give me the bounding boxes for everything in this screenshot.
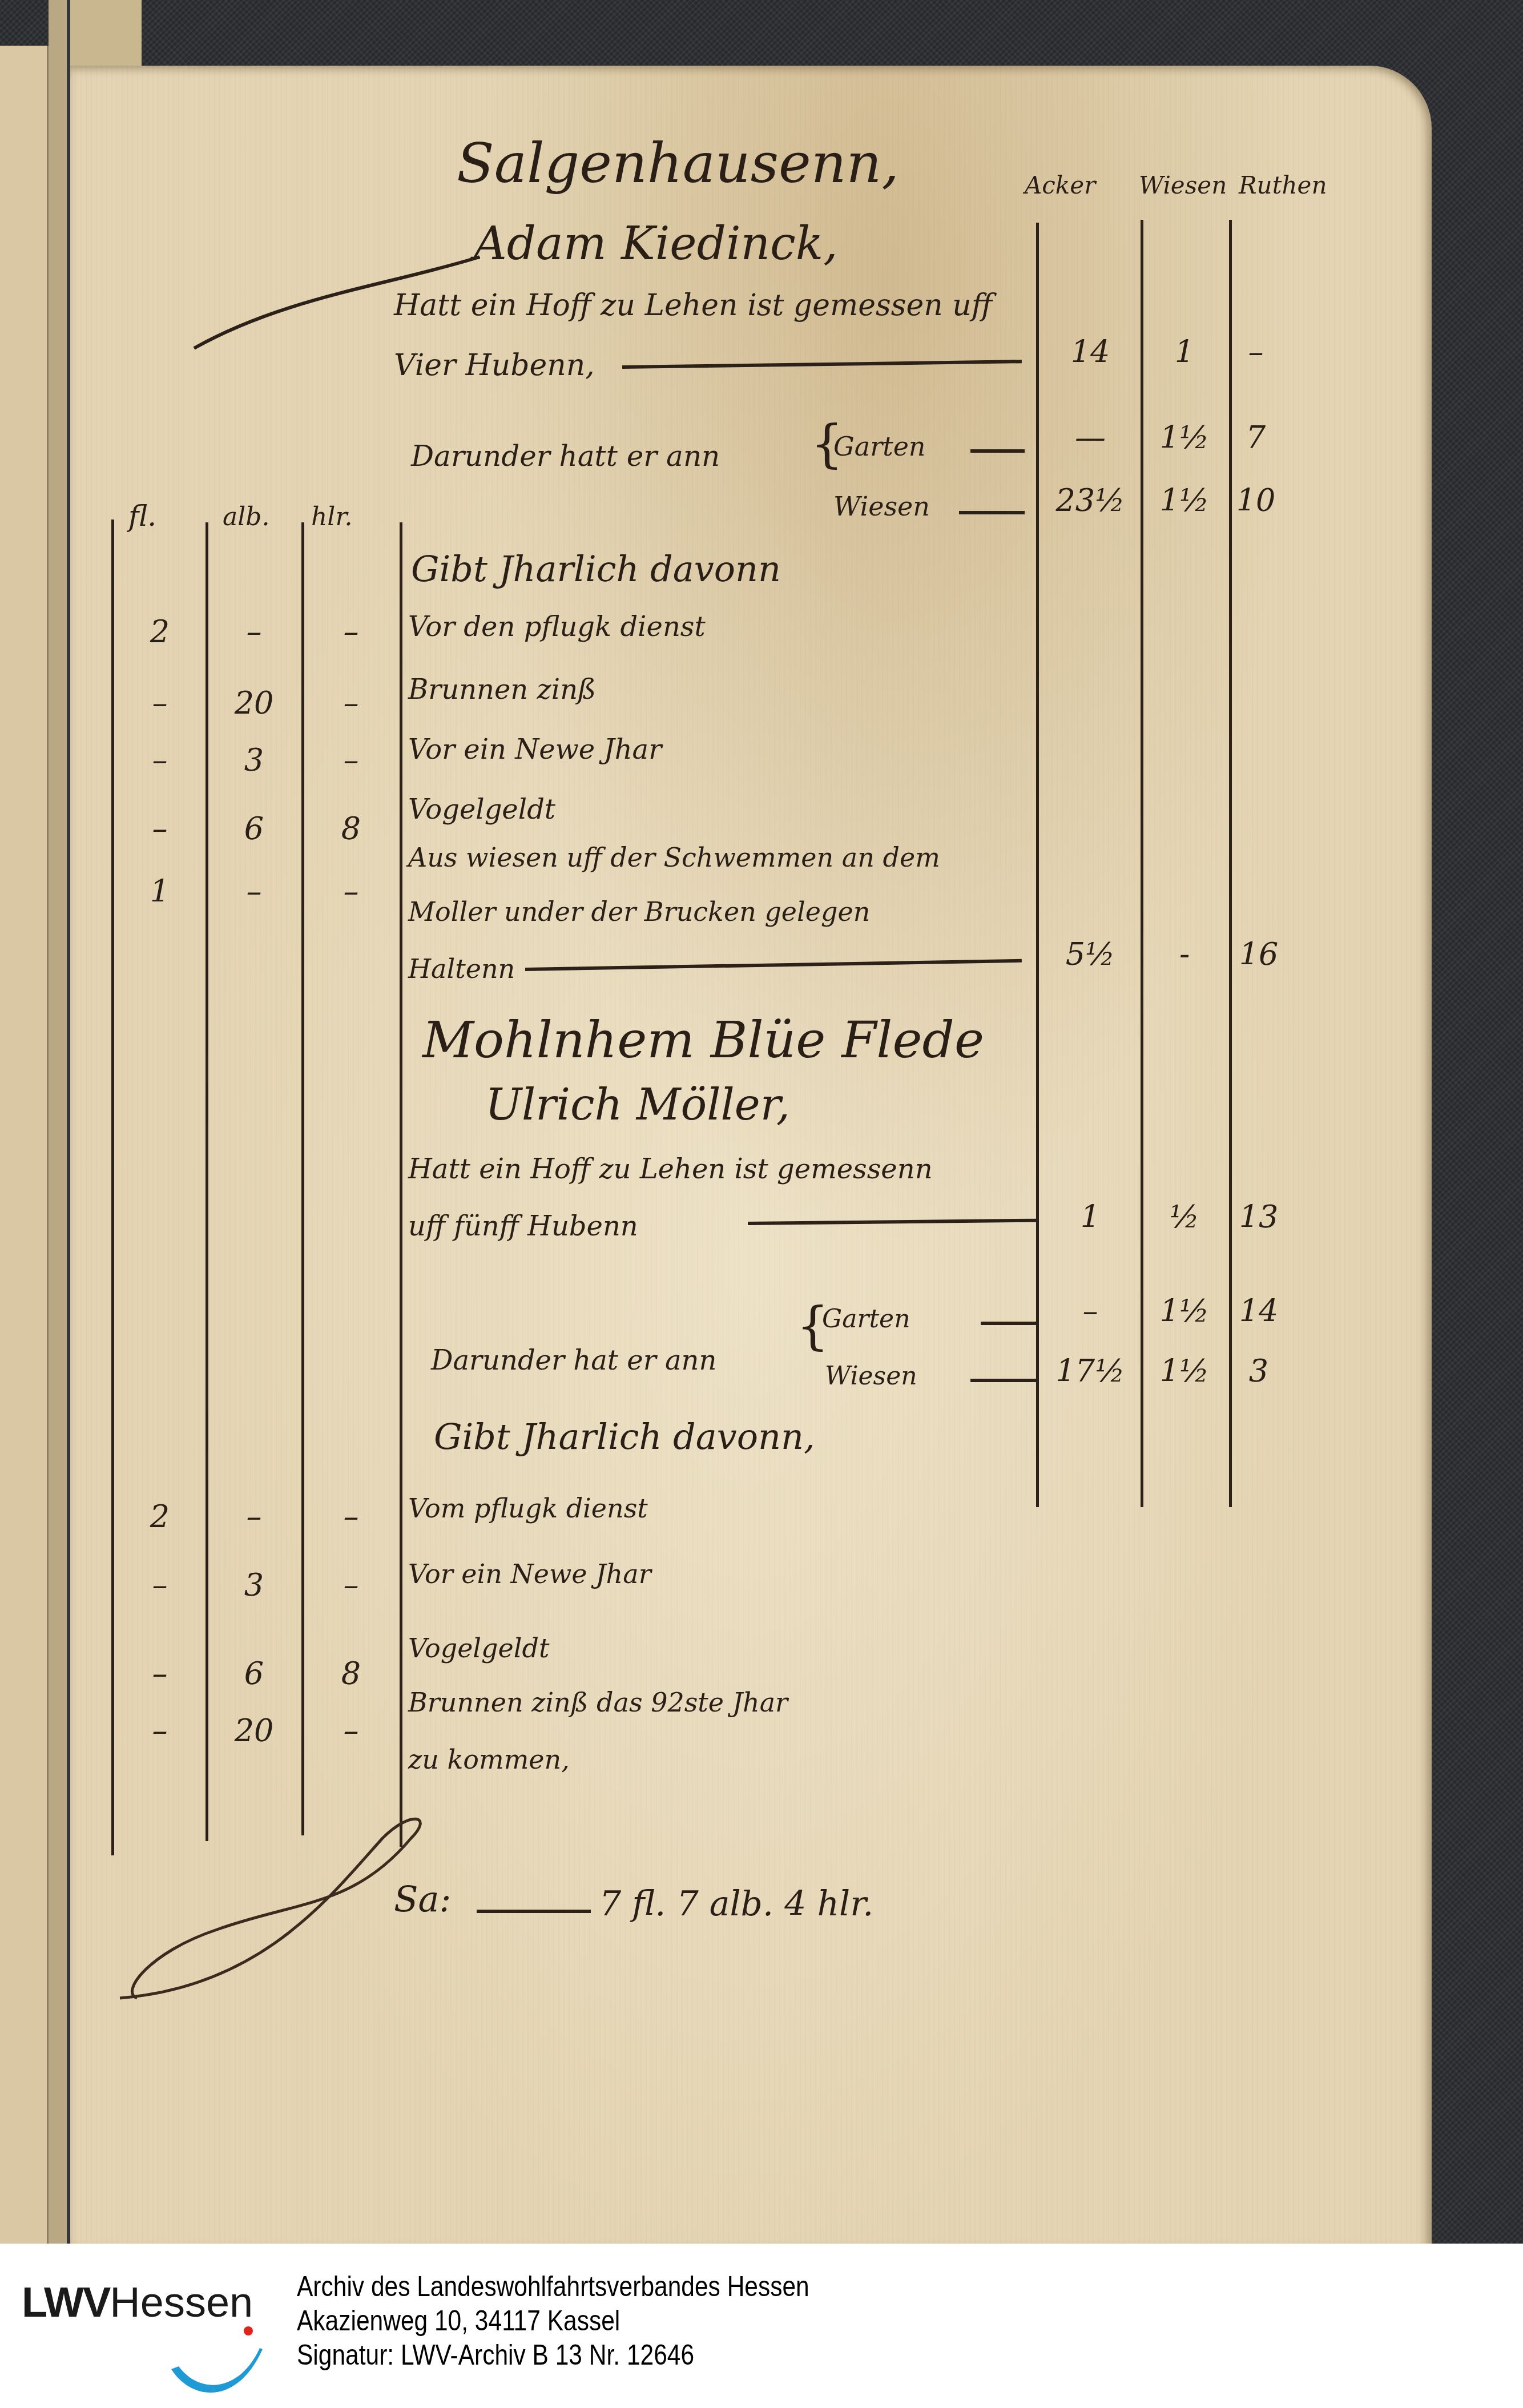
- entry2-wiesen-label: Wiesen: [825, 1362, 917, 1391]
- payment-hlr: –: [311, 1567, 391, 1603]
- payment-alb: 6: [217, 811, 291, 847]
- payment-alb: 6: [217, 1656, 291, 1692]
- column-header-hlr: hlr.: [311, 502, 353, 531]
- total-amount: 7 fl. 7 alb. 4 hlr.: [599, 1884, 873, 1924]
- payment-fl: 1: [123, 873, 197, 909]
- total-leader: [477, 1910, 591, 1913]
- payment-hlr: –: [311, 1713, 391, 1749]
- payment-fl: 2: [123, 614, 197, 650]
- lwv-hessen-logo: LWVHessen: [22, 2278, 253, 2326]
- entry2-garten-acker: –: [1047, 1293, 1133, 1329]
- entry1-halten-acker: 5½: [1047, 936, 1133, 972]
- column-header-fl: fl.: [128, 500, 156, 533]
- payment-text: Vor den pflugk dienst: [408, 611, 706, 643]
- payment-hlr: –: [311, 614, 391, 650]
- payment-text: Brunnen zinß das 92ste Jhar: [408, 1687, 788, 1718]
- place-heading: Salgenhausenn,: [457, 131, 899, 195]
- entry1-mill-line: Moller under der Brucken gelegen: [408, 896, 870, 927]
- payment-hlr: 8: [311, 811, 391, 847]
- column-rule-acker: [1036, 223, 1039, 1507]
- payment-hlr: –: [311, 742, 391, 778]
- payment-fl: –: [123, 742, 197, 778]
- entry2-wiesen-leader: [970, 1379, 1039, 1382]
- entry2-payment-tail: zu kommen,: [408, 1744, 570, 1775]
- entry1-wiesen-leader: [959, 511, 1025, 514]
- payment-alb: –: [217, 873, 291, 909]
- entry1-gibt-label: Gibt Jharlich davonn: [411, 548, 781, 590]
- entry1-wiesen-ruthen: 10: [1236, 482, 1276, 518]
- column-rule-fl: [111, 520, 114, 1855]
- entry1-wiesen-label: Wiesen: [833, 491, 930, 522]
- facing-page-edge: [0, 46, 49, 2249]
- payment-alb: 20: [217, 1713, 291, 1749]
- payment-hlr: –: [311, 685, 391, 721]
- entry1-halten-line: Haltenn: [408, 953, 515, 984]
- entry2-garten-wiesen: 1½: [1147, 1293, 1222, 1329]
- logo-lwv-text: LWV: [22, 2278, 110, 2326]
- payment-hlr: 8: [311, 1656, 391, 1692]
- total-flourish: [114, 1815, 434, 2004]
- entry1-wiesen: 1: [1147, 334, 1222, 370]
- entry1-garten-acker: —: [1047, 420, 1133, 456]
- entry1-garten-label: Garten: [833, 431, 926, 462]
- payment-text: Aus wiesen uff der Schwemmen an dem: [408, 842, 940, 873]
- payment-text: Vor ein Newe Jhar: [408, 734, 662, 766]
- entry2-ruthen: 13: [1236, 1199, 1282, 1235]
- payment-text: Vor ein Newe Jhar: [408, 1559, 651, 1589]
- payment-fl: –: [123, 1656, 197, 1692]
- entry2-darunter: Darunder hat er ann: [431, 1344, 716, 1376]
- entry1-ruthen: –: [1236, 334, 1276, 370]
- column-header-acker: Acker: [1025, 171, 1095, 199]
- entry1-garten-ruthen: 7: [1236, 420, 1276, 456]
- entry2-garten-ruthen: 14: [1236, 1293, 1282, 1329]
- entry1-wiesen-acker: 23½: [1047, 482, 1133, 518]
- entry1-line2: Vier Hubenn,: [394, 348, 595, 382]
- payment-alb: 20: [217, 685, 291, 721]
- entry1-acker: 14: [1047, 334, 1133, 370]
- payment-hlr: –: [311, 1499, 391, 1535]
- entry2-heading-line1: Mohlnhem Blüe Flede: [422, 1010, 984, 1069]
- payment-fl: –: [123, 1713, 197, 1749]
- payment-alb: –: [217, 1499, 291, 1535]
- entry1-halten-wiesen: -: [1147, 936, 1222, 972]
- payment-fl: –: [123, 811, 197, 847]
- payment-alb: 3: [217, 1567, 291, 1603]
- column-header-ruthen: Ruthen: [1239, 171, 1327, 199]
- column-header-wiesen: Wiesen: [1139, 171, 1227, 199]
- column-header-alb: alb.: [223, 502, 269, 531]
- entry2-wiesen: ½: [1147, 1199, 1222, 1235]
- payment-text: Vom pflugk dienst: [408, 1493, 648, 1524]
- entry2-wiesen-ruthen: 3: [1236, 1353, 1282, 1389]
- entry2-gibt-label: Gibt Jharlich davonn,: [434, 1416, 815, 1457]
- entry1-garten-wiesen: 1½: [1147, 420, 1222, 456]
- payment-text: Vogelgeldt: [408, 794, 555, 826]
- logo-red-dot-icon: [244, 2326, 253, 2335]
- entry2-line2: uff fünff Hubenn: [408, 1210, 638, 1242]
- entry1-garten-leader: [970, 449, 1025, 453]
- column-rule-ruthen: [1229, 220, 1232, 1507]
- archive-signature: Signatur: LWV-Archiv B 13 Nr. 12646: [297, 2338, 694, 2371]
- binding-strip: [49, 0, 67, 2244]
- entry2-garten-label: Garten: [822, 1304, 910, 1334]
- entry2-wiesen-acker: 17½: [1047, 1353, 1133, 1389]
- payment-alb: 3: [217, 742, 291, 778]
- payment-text: Vogelgeldt: [408, 1633, 549, 1664]
- entry2-line1: Hatt ein Hoff zu Lehen ist gemessenn: [408, 1153, 933, 1185]
- entry1-darunter: Darunder hatt er ann: [411, 440, 720, 473]
- column-rule-alb: [206, 522, 208, 1841]
- total-label: Sa:: [394, 1878, 451, 1920]
- payment-text: Brunnen zinß: [408, 674, 596, 706]
- entry2-heading-line2: Ulrich Möller,: [485, 1079, 790, 1130]
- entry1-wiesen-wiesen: 1½: [1147, 482, 1222, 518]
- payment-alb: –: [217, 614, 291, 650]
- entry2-acker: 1: [1047, 1199, 1133, 1235]
- column-rule-text: [400, 522, 402, 1847]
- entry2-wiesen-wiesen: 1½: [1147, 1353, 1222, 1389]
- payment-hlr: –: [311, 873, 391, 909]
- archive-address: Akazienweg 10, 34117 Kassel: [297, 2304, 620, 2337]
- entry1-halten-ruthen: 16: [1236, 936, 1282, 972]
- column-rule-hlr: [301, 522, 304, 1835]
- payment-fl: –: [123, 685, 197, 721]
- logo-swoosh-icon: [168, 2346, 265, 2408]
- payment-fl: –: [123, 1567, 197, 1603]
- paper-tab: [70, 0, 142, 74]
- entry2-garten-leader: [981, 1322, 1038, 1325]
- entry1-line1: Hatt ein Hoff zu Lehen ist gemessen uff: [394, 288, 993, 323]
- person-heading: Adam Kiedinck,: [474, 217, 838, 270]
- archive-name: Archiv des Landeswohlfahrtsverbandes Hes…: [297, 2270, 809, 2303]
- logo-hessen-text: Hessen: [110, 2278, 253, 2326]
- payment-fl: 2: [123, 1499, 197, 1535]
- column-rule-wiesen: [1141, 220, 1143, 1507]
